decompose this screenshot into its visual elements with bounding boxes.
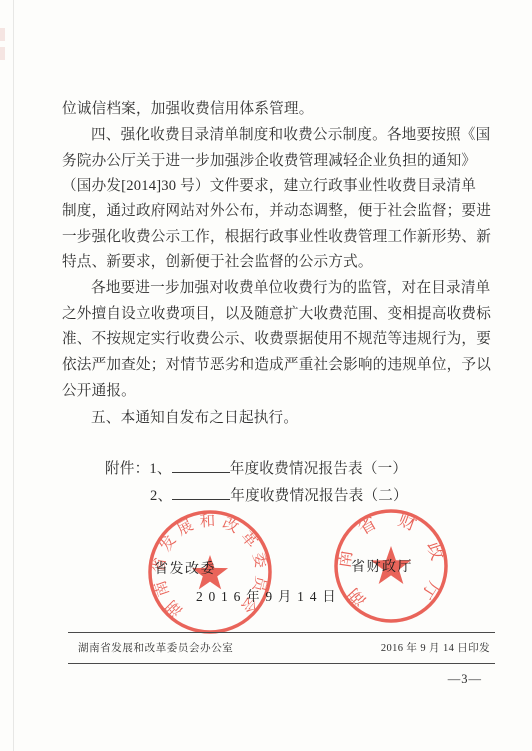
footer-rule-top <box>68 632 495 633</box>
body-line: 务院办公厅关于进一步加强涉企收费管理减轻企业负担的通知》 <box>62 152 482 171</box>
page-number: —3— <box>448 672 482 687</box>
attachment-label: 附件： <box>105 461 149 477</box>
issue-date: 2 0 1 6 年 9 月 1 4 日 <box>196 585 337 605</box>
body-line: 位诚信档案，加强收费信用体系管理。 <box>62 100 482 119</box>
attachment-line-1: 附件：1、年度收费情况报告表（一） <box>105 457 407 478</box>
signer-ndrc: 省发改委 <box>154 558 216 578</box>
signer-finance: 省财政厅 <box>351 556 413 576</box>
body-line: 依法严加查处；对情节恶劣和造成严重社会影响的违规单位，予以 <box>62 356 482 375</box>
footer-issuer: 湖南省发展和改革委员会办公室 <box>78 640 233 655</box>
footer-print-date: 2016 年 9 月 14 日印发 <box>381 640 490 655</box>
body-line: 之外擅自设立收费项目，以及随意扩大收费范围、变相提高收费标 <box>62 305 482 324</box>
attachment-blank-underline <box>172 458 230 473</box>
body-line: 五、本通知自发布之日起执行。 <box>62 409 511 428</box>
attachment-blank-underline <box>172 485 230 500</box>
scan-edge-mark <box>0 47 5 60</box>
body-line: 制度，通过政府网站对外公布，并动态调整，便于社会监督；要进 <box>62 202 482 221</box>
body-line: 各地要进一步加强对收费单位收费行为的监管，对在目录清单 <box>62 279 511 298</box>
body-line: （国办发[2014]30 号）文件要求，建立行政事业性收费目录清单 <box>62 177 482 196</box>
attachment-no: 1、 <box>149 461 171 477</box>
attachment-title: 年度收费情况报告表（一） <box>230 461 408 477</box>
scan-edge-artifact <box>13 0 14 751</box>
body-line: 准、不按规定实行收费公示、收费票据使用不规范等违规行为，要 <box>62 330 482 349</box>
body-line: 四、强化收费目录清单制度和收费公示制度。各地要按照《国 <box>62 126 511 145</box>
scan-edge-mark <box>0 28 5 41</box>
document-page: 位诚信档案，加强收费信用体系管理。 四、强化收费目录清单制度和收费公示制度。各地… <box>0 0 532 751</box>
body-line: 一步强化收费公示工作，根据行政事业性收费管理工作新形势、新 <box>62 228 482 247</box>
body-line: 特点、新要求，创新便于社会监督的公示方式。 <box>62 253 482 272</box>
body-line: 公开通报。 <box>62 382 482 401</box>
footer-rule-bottom <box>68 663 495 664</box>
